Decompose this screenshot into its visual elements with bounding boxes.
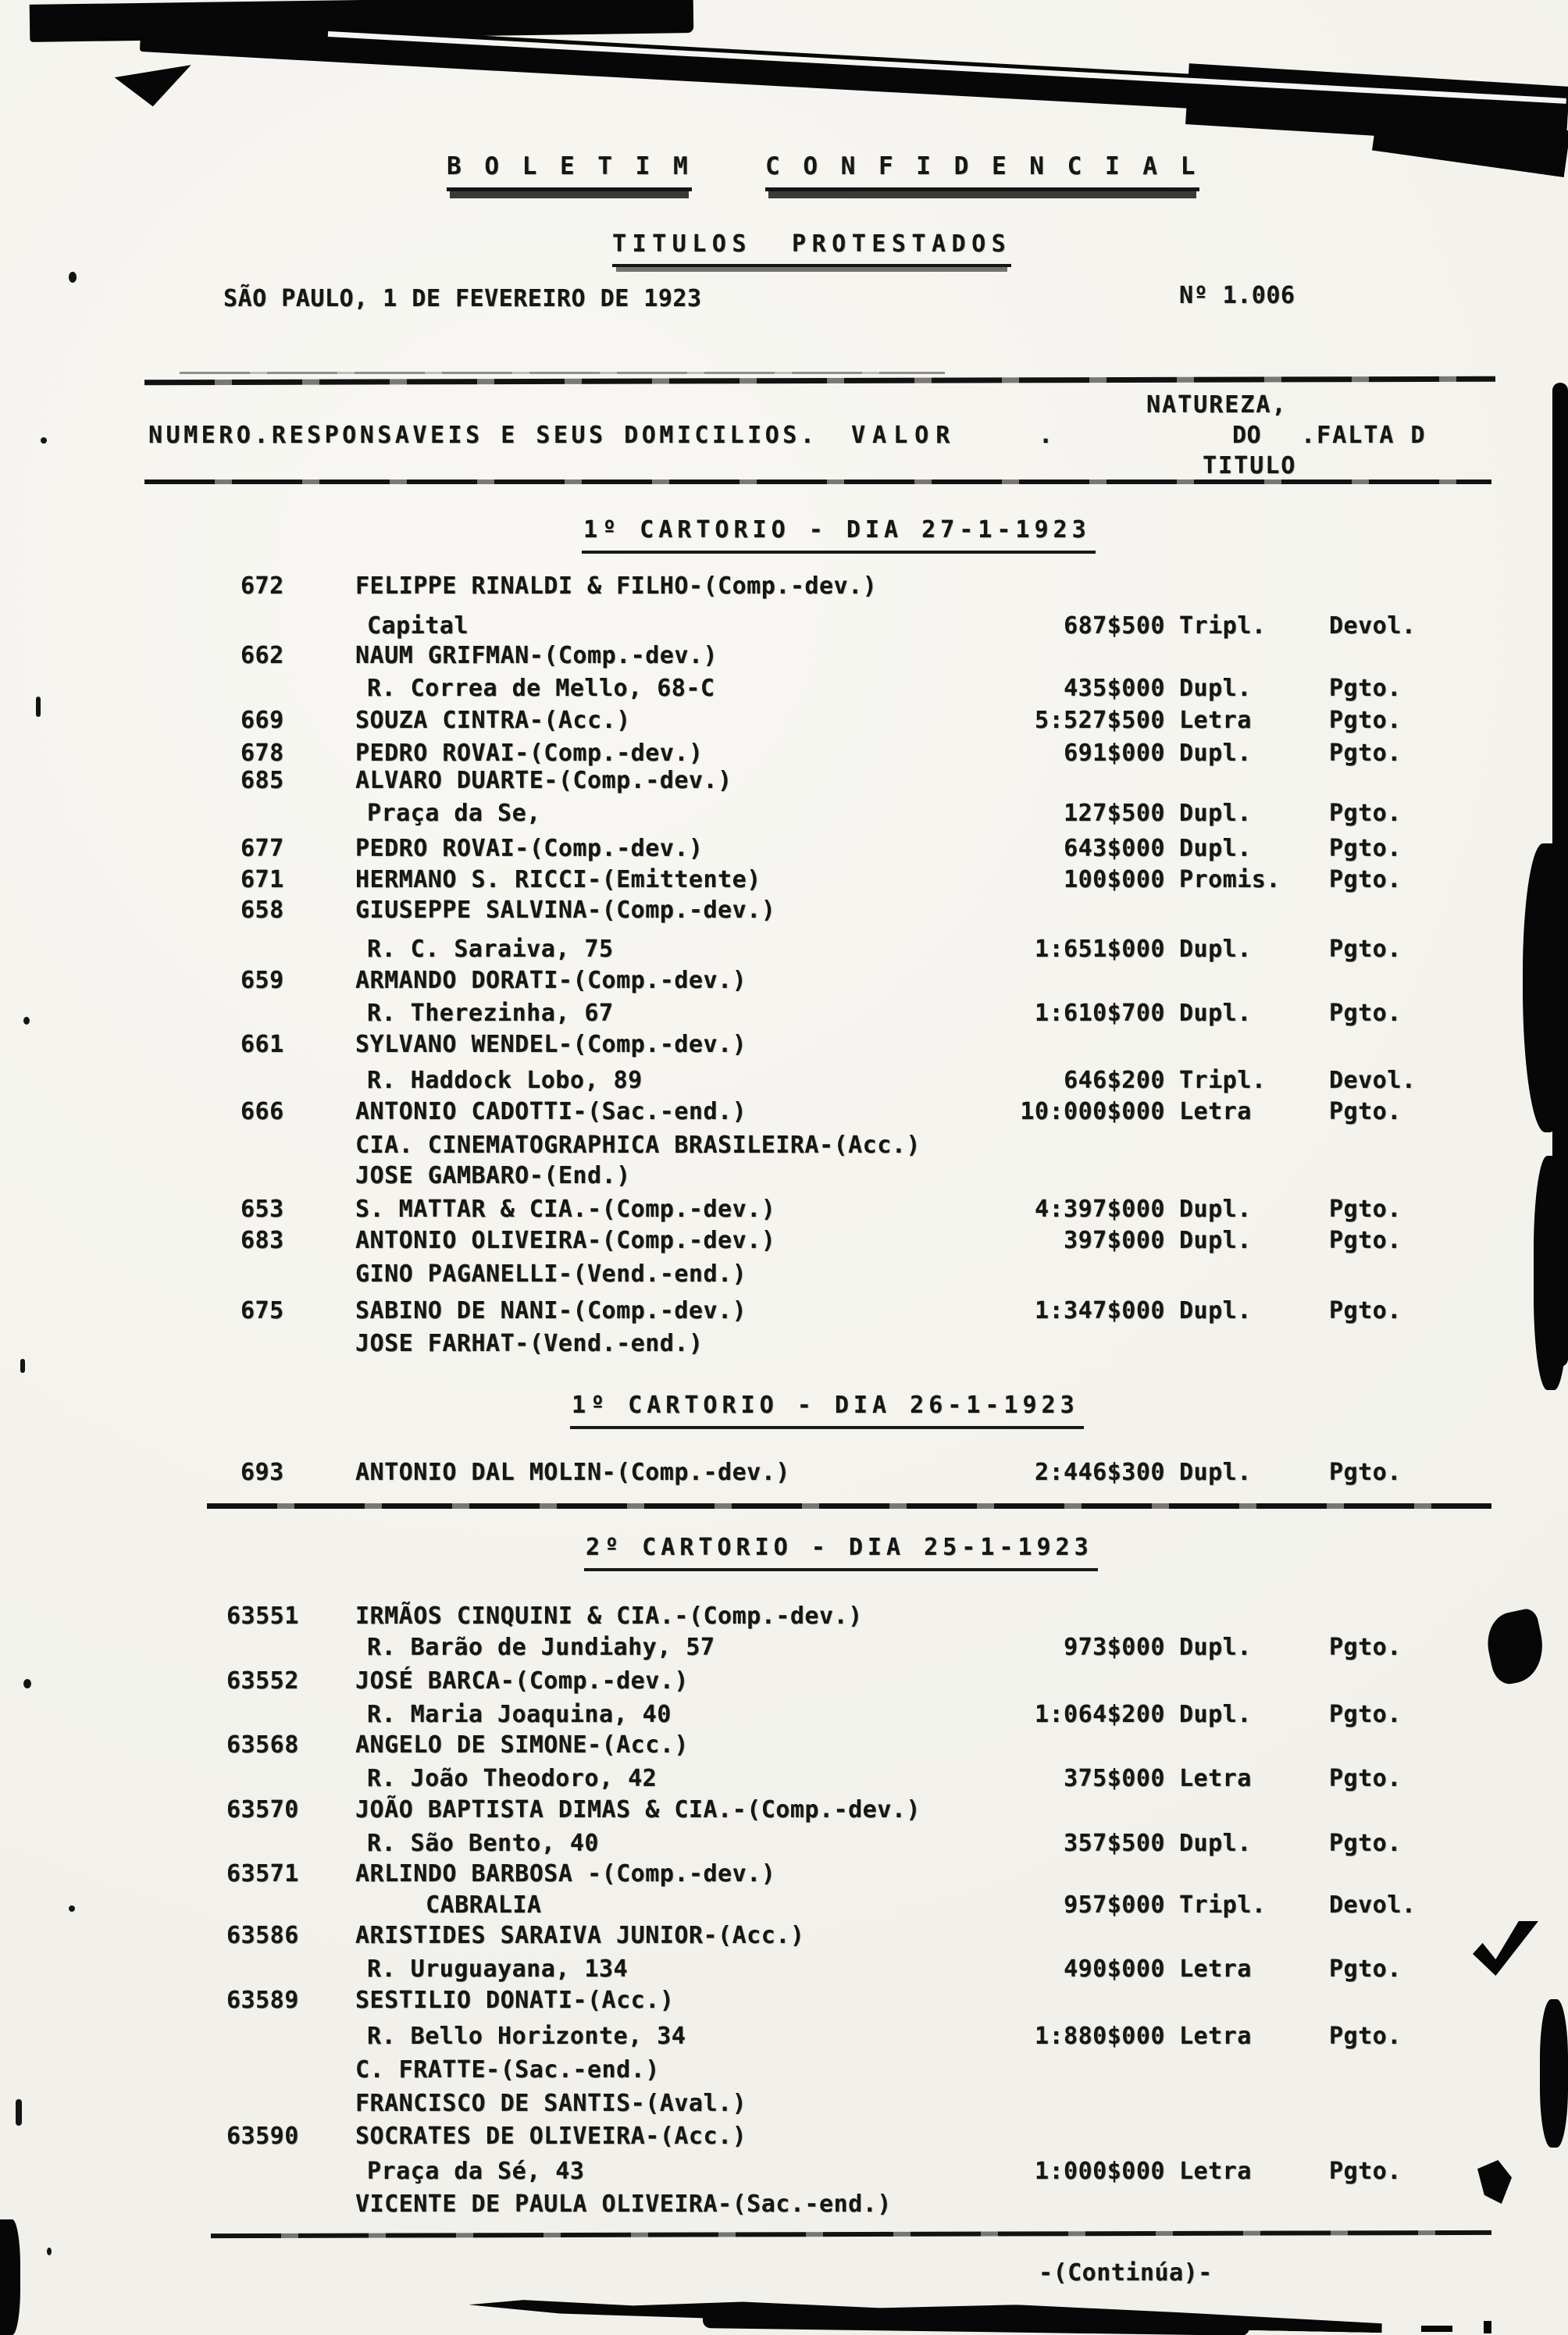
table-row: 671HERMANO S. RICCI-(Emittente)100$000Pr… xyxy=(0,867,1568,895)
row-falta: Pgto. xyxy=(1329,2023,1402,2050)
ink-speck xyxy=(47,2248,52,2255)
row-nature: Tripl. xyxy=(1179,1892,1266,1919)
table-row: 63590SOCRATES DE OLIVEIRA-(Acc.) xyxy=(0,2123,1568,2151)
row-nature: Letra xyxy=(1179,1099,1252,1125)
table-row: R. Uruguayana, 134490$000LetraPgto. xyxy=(0,1956,1568,1984)
row-address: Praça da Sé, 43 xyxy=(367,2159,584,2185)
table-row: VICENTE DE PAULA OLIVEIRA-(Sac.-end.) xyxy=(0,2191,1568,2219)
row-nature: Letra xyxy=(1179,1766,1252,1792)
row-falta: Pgto. xyxy=(1329,740,1402,767)
ink-speck xyxy=(20,1359,25,1373)
table-row: JOSE GAMBARO-(End.) xyxy=(0,1163,1568,1191)
row-falta: Pgto. xyxy=(1329,1831,1402,1857)
row-value: 1:064$200 xyxy=(875,1702,1165,1728)
row-name: ARLINDO BARBOSA -(Comp.-dev.) xyxy=(355,1861,775,1888)
row-value: 490$000 xyxy=(875,1956,1165,1983)
row-name: JOSE GAMBARO-(End.) xyxy=(355,1163,631,1189)
row-name: ALVARO DUARTE-(Comp.-dev.) xyxy=(355,768,732,794)
row-number: 63586 xyxy=(226,1923,299,1949)
horizontal-rule xyxy=(144,376,1495,386)
table-row: Capital687$500Tripl.Devol. xyxy=(0,613,1568,641)
row-name: NAUM GRIFMAN-(Comp.-dev.) xyxy=(355,643,718,669)
row-name: SOCRATES DE OLIVEIRA-(Acc.) xyxy=(355,2123,747,2150)
row-name: SYLVANO WENDEL-(Comp.-dev.) xyxy=(355,1032,747,1058)
row-number: 675 xyxy=(241,1298,284,1324)
section-heading-3: 2º CARTORIO - DIA 25-1-1923 xyxy=(584,1535,1098,1571)
row-address: R. Bello Horizonte, 34 xyxy=(367,2023,686,2050)
row-number: 63590 xyxy=(226,2123,299,2150)
row-number: 662 xyxy=(241,643,284,669)
continuation-note: -(Continúa)- xyxy=(1039,2260,1213,2287)
ink-speck xyxy=(69,272,77,283)
row-number: 693 xyxy=(241,1460,284,1486)
page-subtitle: TITULOS PROTESTADOS xyxy=(612,231,1011,267)
row-number: 63552 xyxy=(226,1668,299,1695)
table-row: 693ANTONIO DAL MOLIN-(Comp.-dev.)2:446$3… xyxy=(0,1460,1568,1488)
row-name: ARISTIDES SARAIVA JUNIOR-(Acc.) xyxy=(355,1923,804,1949)
table-row: 63586ARISTIDES SARAIVA JUNIOR-(Acc.) xyxy=(0,1923,1568,1951)
table-row: Praça da Se,127$500Dupl.Pgto. xyxy=(0,800,1568,829)
row-number: 678 xyxy=(241,740,284,767)
row-nature: Promis. xyxy=(1179,867,1281,893)
row-number: 653 xyxy=(241,1196,284,1223)
table-row: 63552JOSÉ BARCA-(Comp.-dev.) xyxy=(0,1668,1568,1696)
row-nature: Dupl. xyxy=(1179,740,1252,767)
scan-artifact-bottom-dash xyxy=(1421,2326,1452,2332)
bulletin-number: Nº 1.006 xyxy=(1179,283,1295,309)
scan-artifact-bottom-left xyxy=(0,2219,20,2335)
row-falta: Pgto. xyxy=(1329,708,1402,734)
row-falta: Pgto. xyxy=(1329,1766,1402,1792)
table-row: FRANCISCO DE SANTIS-(Aval.) xyxy=(0,2091,1568,2119)
place-date: SÃO PAULO, 1 DE FEVEREIRO DE 1923 xyxy=(223,286,702,312)
column-header-valor: VALOR xyxy=(851,422,957,449)
row-falta: Pgto. xyxy=(1329,867,1402,893)
row-address: Capital xyxy=(367,613,469,640)
row-number: 659 xyxy=(241,968,284,994)
scan-artifact-arrow-mark xyxy=(112,57,191,110)
table-row: Praça da Sé, 431:000$000LetraPgto. xyxy=(0,2159,1568,2187)
row-name: JOSÉ BARCA-(Comp.-dev.) xyxy=(355,1668,689,1695)
row-value: 1:347$000 xyxy=(875,1298,1165,1324)
table-row: 659ARMANDO DORATI-(Comp.-dev.) xyxy=(0,968,1568,996)
row-nature: Dupl. xyxy=(1179,1634,1252,1661)
row-number: 683 xyxy=(241,1228,284,1254)
row-name: IRMÃOS CINQUINI & CIA.-(Comp.-dev.) xyxy=(355,1603,863,1630)
table-row: R. C. Saraiva, 751:651$000Dupl.Pgto. xyxy=(0,936,1568,964)
row-value: 687$500 xyxy=(875,613,1165,640)
row-value: 973$000 xyxy=(875,1634,1165,1661)
page-title-word-2: C O N F I D E N C I A L xyxy=(765,153,1199,191)
row-name: CIA. CINEMATOGRAPHICA BRASILEIRA-(Acc.) xyxy=(355,1132,921,1159)
row-number: 661 xyxy=(241,1032,284,1058)
row-number: 658 xyxy=(241,897,284,924)
row-nature: Dupl. xyxy=(1179,1460,1252,1486)
row-name: C. FRATTE-(Sac.-end.) xyxy=(355,2057,660,2084)
row-value: 1:651$000 xyxy=(875,936,1165,963)
row-name: JOÃO BAPTISTA DIMAS & CIA.-(Comp.-dev.) xyxy=(355,1797,921,1823)
table-row: R. João Theodoro, 42375$000LetraPgto. xyxy=(0,1766,1568,1794)
row-falta: Pgto. xyxy=(1329,1956,1402,1983)
table-row: 63571ARLINDO BARBOSA -(Comp.-dev.) xyxy=(0,1861,1568,1889)
row-name: FELIPPE RINALDI & FILHO-(Comp.-dev.) xyxy=(355,573,877,600)
row-falta: Pgto. xyxy=(1329,1702,1402,1728)
row-address: R. Uruguayana, 134 xyxy=(367,1956,628,1983)
column-header-dot: . xyxy=(1039,422,1053,449)
table-row: R. São Bento, 40357$500Dupl.Pgto. xyxy=(0,1831,1568,1859)
row-name: ANTONIO DAL MOLIN-(Comp.-dev.) xyxy=(355,1460,790,1486)
column-header-responsaveis: NUMERO.RESPONSAVEIS E SEUS DOMICILIOS. xyxy=(148,422,818,449)
row-nature: Dupl. xyxy=(1179,1298,1252,1324)
row-name: GIUSEPPE SALVINA-(Comp.-dev.) xyxy=(355,897,775,924)
row-value: 435$000 xyxy=(875,676,1165,702)
table-row: 685ALVARO DUARTE-(Comp.-dev.) xyxy=(0,768,1568,796)
section-heading-1: 1º CARTORIO - DIA 27-1-1923 xyxy=(582,517,1096,554)
row-number: 672 xyxy=(241,573,284,600)
table-row: R. Maria Joaquina, 401:064$200Dupl.Pgto. xyxy=(0,1702,1568,1730)
table-row: GINO PAGANELLI-(Vend.-end.) xyxy=(0,1261,1568,1289)
table-row: 678PEDRO ROVAI-(Comp.-dev.)691$000Dupl.P… xyxy=(0,740,1568,768)
row-value: 691$000 xyxy=(875,740,1165,767)
column-header-do: DO xyxy=(1232,422,1261,449)
row-value: 1:610$700 xyxy=(875,1000,1165,1027)
table-row: JOSE FARHAT-(Vend.-end.) xyxy=(0,1331,1568,1359)
column-header-titulo: TITULO xyxy=(1203,453,1296,479)
horizontal-rule xyxy=(207,1503,1491,1509)
row-address: R. C. Saraiva, 75 xyxy=(367,936,614,963)
row-name: PEDRO ROVAI-(Comp.-dev.) xyxy=(355,740,703,767)
row-address: R. Barão de Jundiahy, 57 xyxy=(367,1634,715,1661)
table-row: 683ANTONIO OLIVEIRA-(Comp.-dev.)397$000D… xyxy=(0,1228,1568,1256)
row-name: JOSE FARHAT-(Vend.-end.) xyxy=(355,1331,703,1357)
table-row: 658GIUSEPPE SALVINA-(Comp.-dev.) xyxy=(0,897,1568,925)
row-number: 669 xyxy=(241,708,284,734)
row-nature: Dupl. xyxy=(1179,1831,1252,1857)
row-number: 671 xyxy=(241,867,284,893)
row-name: ANGELO DE SIMONE-(Acc.) xyxy=(355,1732,689,1759)
table-row: 661SYLVANO WENDEL-(Comp.-dev.) xyxy=(0,1032,1568,1060)
row-nature: Dupl. xyxy=(1179,1000,1252,1027)
row-nature: Letra xyxy=(1179,2159,1252,2185)
row-number: 63571 xyxy=(226,1861,299,1888)
ink-speck xyxy=(41,437,47,444)
row-nature: Dupl. xyxy=(1179,1702,1252,1728)
row-value: 100$000 xyxy=(875,867,1165,893)
table-row: R. Correa de Mello, 68-C435$000Dupl.Pgto… xyxy=(0,676,1568,704)
horizontal-rule xyxy=(180,372,945,374)
row-number: 63568 xyxy=(226,1732,299,1759)
row-nature: Tripl. xyxy=(1179,613,1266,640)
row-name: ARMANDO DORATI-(Comp.-dev.) xyxy=(355,968,747,994)
row-falta: Pgto. xyxy=(1329,2159,1402,2185)
row-address: R. João Theodoro, 42 xyxy=(367,1766,657,1792)
row-name: ANTONIO CADOTTI-(Sac.-end.) xyxy=(355,1099,747,1125)
row-value: 10:000$000 xyxy=(875,1099,1165,1125)
table-row: CIA. CINEMATOGRAPHICA BRASILEIRA-(Acc.) xyxy=(0,1132,1568,1160)
row-name: SOUZA CINTRA-(Acc.) xyxy=(355,708,631,734)
row-value: 375$000 xyxy=(875,1766,1165,1792)
row-value: 127$500 xyxy=(875,800,1165,827)
table-row: 669SOUZA CINTRA-(Acc.)5:527$500LetraPgto… xyxy=(0,708,1568,736)
row-nature: Dupl. xyxy=(1179,1228,1252,1254)
table-row: 63568ANGELO DE SIMONE-(Acc.) xyxy=(0,1732,1568,1760)
row-value: 2:446$300 xyxy=(875,1460,1165,1486)
row-falta: Pgto. xyxy=(1329,936,1402,963)
row-name: HERMANO S. RICCI-(Emittente) xyxy=(355,867,761,893)
row-falta: Devol. xyxy=(1329,1068,1416,1094)
row-name: FRANCISCO DE SANTIS-(Aval.) xyxy=(355,2091,747,2117)
row-nature: Dupl. xyxy=(1179,800,1252,827)
row-name: ANTONIO OLIVEIRA-(Comp.-dev.) xyxy=(355,1228,775,1254)
row-value: 357$500 xyxy=(875,1831,1165,1857)
table-row: R. Therezinha, 671:610$700Dupl.Pgto. xyxy=(0,1000,1568,1028)
table-row: 662NAUM GRIFMAN-(Comp.-dev.) xyxy=(0,643,1568,671)
row-value: 646$200 xyxy=(875,1068,1165,1094)
row-value: 4:397$000 xyxy=(875,1196,1165,1223)
row-address: R. São Bento, 40 xyxy=(367,1831,599,1857)
row-number: 63570 xyxy=(226,1797,299,1823)
page-title-word-1: B O L E T I M xyxy=(447,153,692,191)
row-number: 63551 xyxy=(226,1603,299,1630)
row-address: Praça da Se, xyxy=(367,800,541,827)
row-value: 1:000$000 xyxy=(875,2159,1165,2185)
table-row: 666ANTONIO CADOTTI-(Sac.-end.)10:000$000… xyxy=(0,1099,1568,1127)
table-row: 63589SESTILIO DONATI-(Acc.) xyxy=(0,1987,1568,2016)
table-row: 672FELIPPE RINALDI & FILHO-(Comp.-dev.) xyxy=(0,573,1568,601)
row-falta: Pgto. xyxy=(1329,1000,1402,1027)
row-number: 666 xyxy=(241,1099,284,1125)
row-value: 397$000 xyxy=(875,1228,1165,1254)
scan-artifact-bottom-dash-2 xyxy=(1484,2321,1491,2333)
row-nature: Dupl. xyxy=(1179,676,1252,702)
table-row: 677PEDRO ROVAI-(Comp.-dev.)643$000Dupl.P… xyxy=(0,836,1568,864)
row-address: CABRALIA xyxy=(426,1892,542,1919)
row-address: R. Maria Joaquina, 40 xyxy=(367,1702,672,1728)
table-row: 675SABINO DE NANI-(Comp.-dev.)1:347$000D… xyxy=(0,1298,1568,1326)
column-header-natureza: NATUREZA, xyxy=(1146,392,1288,419)
row-value: 957$000 xyxy=(875,1892,1165,1919)
scanned-document-page: B O L E T I M C O N F I D E N C I A L TI… xyxy=(0,0,1568,2335)
table-row: 63551IRMÃOS CINQUINI & CIA.-(Comp.-dev.) xyxy=(0,1603,1568,1631)
row-falta: Pgto. xyxy=(1329,1196,1402,1223)
section-heading-2: 1º CARTORIO - DIA 26-1-1923 xyxy=(570,1392,1084,1429)
row-nature: Letra xyxy=(1179,2023,1252,2050)
row-name: VICENTE DE PAULA OLIVEIRA-(Sac.-end.) xyxy=(355,2191,892,2218)
table-row: CABRALIA957$000Tripl.Devol. xyxy=(0,1892,1568,1920)
row-falta: Pgto. xyxy=(1329,836,1402,862)
row-falta: Devol. xyxy=(1329,1892,1416,1919)
row-address: R. Correa de Mello, 68-C xyxy=(367,676,715,702)
column-header-falta: .FALTA D xyxy=(1301,422,1427,449)
row-nature: Dupl. xyxy=(1179,1196,1252,1223)
row-falta: Pgto. xyxy=(1329,1634,1402,1661)
table-row: R. Barão de Jundiahy, 57973$000Dupl.Pgto… xyxy=(0,1634,1568,1663)
row-falta: Pgto. xyxy=(1329,1298,1402,1324)
row-falta: Pgto. xyxy=(1329,1460,1402,1486)
row-number: 677 xyxy=(241,836,284,862)
row-value: 5:527$500 xyxy=(875,708,1165,734)
row-nature: Tripl. xyxy=(1179,1068,1266,1094)
row-number: 685 xyxy=(241,768,284,794)
table-row: C. FRATTE-(Sac.-end.) xyxy=(0,2057,1568,2085)
row-nature: Dupl. xyxy=(1179,936,1252,963)
row-name: PEDRO ROVAI-(Comp.-dev.) xyxy=(355,836,703,862)
row-address: R. Therezinha, 67 xyxy=(367,1000,614,1027)
horizontal-rule xyxy=(211,2230,1491,2238)
row-name: S. MATTAR & CIA.-(Comp.-dev.) xyxy=(355,1196,775,1223)
row-address: R. Haddock Lobo, 89 xyxy=(367,1068,643,1094)
table-row: R. Haddock Lobo, 89646$200Tripl.Devol. xyxy=(0,1068,1568,1096)
row-falta: Pgto. xyxy=(1329,800,1402,827)
row-nature: Letra xyxy=(1179,1956,1252,1983)
row-number: 63589 xyxy=(226,1987,299,2014)
row-nature: Dupl. xyxy=(1179,836,1252,862)
row-name: SESTILIO DONATI-(Acc.) xyxy=(355,1987,674,2014)
row-falta: Pgto. xyxy=(1329,676,1402,702)
table-row: 63570JOÃO BAPTISTA DIMAS & CIA.-(Comp.-d… xyxy=(0,1797,1568,1825)
horizontal-rule xyxy=(144,479,1491,484)
table-row: 653S. MATTAR & CIA.-(Comp.-dev.)4:397$00… xyxy=(0,1196,1568,1225)
row-name: SABINO DE NANI-(Comp.-dev.) xyxy=(355,1298,747,1324)
row-falta: Pgto. xyxy=(1329,1099,1402,1125)
row-nature: Letra xyxy=(1179,708,1252,734)
row-value: 1:880$000 xyxy=(875,2023,1165,2050)
row-name: GINO PAGANELLI-(Vend.-end.) xyxy=(355,1261,747,1288)
row-value: 643$000 xyxy=(875,836,1165,862)
row-falta: Devol. xyxy=(1329,613,1416,640)
table-row: R. Bello Horizonte, 341:880$000LetraPgto… xyxy=(0,2023,1568,2052)
row-falta: Pgto. xyxy=(1329,1228,1402,1254)
